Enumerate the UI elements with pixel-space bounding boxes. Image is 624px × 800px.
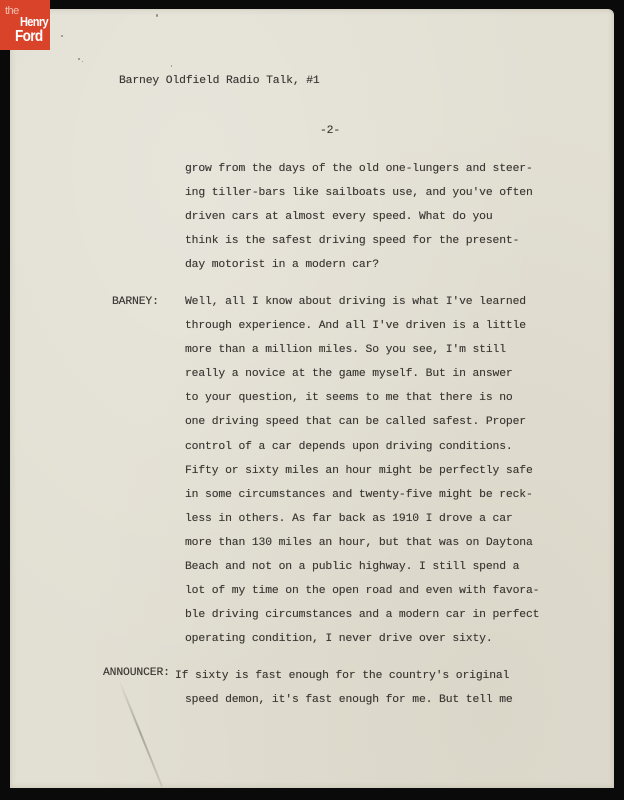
page-number: -2- [320, 125, 340, 137]
logo-text-ford: Ford [15, 28, 43, 46]
document-header-title: Barney Oldfield Radio Talk, #1 [119, 75, 320, 87]
paper-speck [78, 58, 80, 60]
paper-speck [82, 61, 83, 62]
text-line: driven cars at almost every speed. What … [185, 205, 533, 229]
text-line: think is the safest driving speed for th… [185, 229, 533, 253]
text-line: ing tiller-bars like sailboats use, and … [185, 181, 533, 205]
paper-speck [156, 14, 158, 17]
text-line: more than 130 miles an hour, but that wa… [185, 531, 539, 555]
dialogue-block-continuation: grow from the days of the old one-lunger… [185, 157, 533, 277]
text-line: through experience. And all I've driven … [185, 314, 539, 338]
text-line: speed demon, it's fast enough for me. Bu… [175, 688, 513, 712]
speaker-label-announcer: ANNOUNCER: [103, 661, 170, 685]
text-line: ble driving circumstances and a modern c… [185, 603, 539, 627]
logo-text-henry: Henry [20, 14, 48, 29]
paper-speck [171, 65, 172, 67]
text-line: Well, all I know about driving is what I… [185, 290, 539, 314]
text-line: to your question, it seems to me that th… [185, 386, 539, 410]
text-line: control of a car depends upon driving co… [185, 435, 539, 459]
text-line: grow from the days of the old one-lunger… [185, 157, 533, 181]
dialogue-block-barney: Well, all I know about driving is what I… [185, 290, 539, 651]
text-line: in some circumstances and twenty-five mi… [185, 483, 539, 507]
logo-text-the: the [5, 5, 19, 17]
text-line: lot of my time on the open road and even… [185, 579, 539, 603]
text-line: really a novice at the game myself. But … [185, 362, 539, 386]
text-line: If sixty is fast enough for the country'… [175, 664, 513, 688]
text-line: Beach and not on a public highway. I sti… [185, 555, 539, 579]
text-line: more than a million miles. So you see, I… [185, 338, 539, 362]
dialogue-block-announcer: If sixty is fast enough for the country'… [175, 664, 513, 712]
text-line: less in others. As far back as 1910 I dr… [185, 507, 539, 531]
henry-ford-logo: the Henry Ford [0, 0, 50, 50]
text-line: one driving speed that can be called saf… [185, 410, 539, 434]
text-line: day motorist in a modern car? [185, 253, 533, 277]
paper-speck [61, 35, 63, 37]
text-line: Fifty or sixty miles an hour might be pe… [185, 459, 539, 483]
speaker-label-barney: BARNEY: [112, 290, 159, 314]
text-line: operating condition, I never drive over … [185, 627, 539, 651]
